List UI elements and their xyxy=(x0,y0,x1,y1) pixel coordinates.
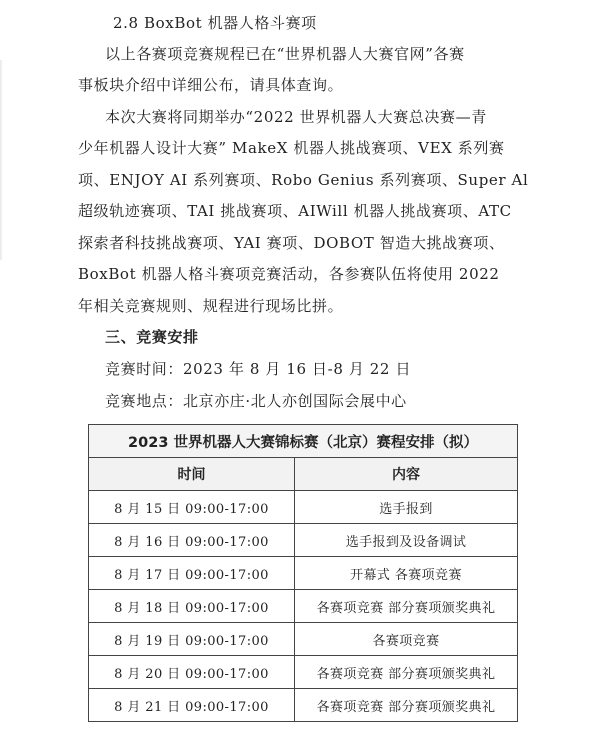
paragraph-line: 年相关竞赛规则、规程进行现场比拼。 xyxy=(78,296,343,316)
cell-time: 8 月 15 日 09:00-17:00 xyxy=(89,491,295,524)
paragraph-line: 少年机器人设计大赛” MakeX 机器人挑战赛项、VEX 系列赛 xyxy=(78,138,505,158)
table-header-row: 时间 内容 xyxy=(89,458,518,491)
cell-content: 各赛项竞赛 部分赛项颁奖典礼 xyxy=(295,689,518,722)
cell-content: 选手报到 xyxy=(295,491,518,524)
table-row: 8 月 17 日 09:00-17:00 开幕式 各赛项竞赛 xyxy=(89,557,518,590)
cell-time: 8 月 19 日 09:00-17:00 xyxy=(89,623,295,656)
subsection-item: 2.8 BoxBot 机器人格斗赛项 xyxy=(113,13,317,33)
section-heading: 三、竞赛安排 xyxy=(105,327,199,347)
table-row: 8 月 15 日 09:00-17:00 选手报到 xyxy=(89,491,518,524)
header-content: 内容 xyxy=(295,458,518,491)
paragraph-line: 本次大赛将同期举办“2022 世界机器人大赛总决赛—青 xyxy=(105,107,487,127)
competition-venue: 竞赛地点：北京亦庄·北人亦创国际会展中心 xyxy=(105,391,407,411)
cell-time: 8 月 18 日 09:00-17:00 xyxy=(89,590,295,623)
paragraph-line: 探索者科技挑战赛项、YAI 赛项、DOBOT 智造大挑战赛项、 xyxy=(78,233,505,253)
table-title: 2023 世界机器人大赛锦标赛（北京）赛程安排（拟） xyxy=(89,425,518,458)
table-row: 8 月 16 日 09:00-17:00 选手报到及设备调试 xyxy=(89,524,518,557)
cell-content: 开幕式 各赛项竞赛 xyxy=(295,557,518,590)
table-row: 8 月 18 日 09:00-17:00 各赛项竞赛 部分赛项颁奖典礼 xyxy=(89,590,518,623)
cell-content: 各赛项竞赛 xyxy=(295,623,518,656)
table-title-row: 2023 世界机器人大赛锦标赛（北京）赛程安排（拟） xyxy=(89,425,518,458)
table-row: 8 月 21 日 09:00-17:00 各赛项竞赛 部分赛项颁奖典礼 xyxy=(89,689,518,722)
cell-content: 各赛项竞赛 部分赛项颁奖典礼 xyxy=(295,656,518,689)
cell-time: 8 月 17 日 09:00-17:00 xyxy=(89,557,295,590)
cell-content: 选手报到及设备调试 xyxy=(295,524,518,557)
cell-time: 8 月 21 日 09:00-17:00 xyxy=(89,689,295,722)
table-row: 8 月 20 日 09:00-17:00 各赛项竞赛 部分赛项颁奖典礼 xyxy=(89,656,518,689)
header-time: 时间 xyxy=(89,458,295,491)
cell-time: 8 月 20 日 09:00-17:00 xyxy=(89,656,295,689)
paragraph-line: 事板块介绍中详细公布，请具体查询。 xyxy=(78,75,343,95)
competition-time: 竞赛时间：2023 年 8 月 16 日-8 月 22 日 xyxy=(105,359,411,379)
cell-content: 各赛项竞赛 部分赛项颁奖典礼 xyxy=(295,590,518,623)
page-edge-shadow xyxy=(0,60,3,260)
paragraph-line: BoxBot 机器人格斗赛项竞赛活动，各参赛队伍将使用 2022 xyxy=(78,264,500,284)
paragraph-line: 超级轨迹赛项、TAI 挑战赛项、AIWill 机器人挑战赛项、ATC xyxy=(78,201,512,221)
cell-time: 8 月 16 日 09:00-17:00 xyxy=(89,524,295,557)
schedule-table: 2023 世界机器人大赛锦标赛（北京）赛程安排（拟） 时间 内容 8 月 15 … xyxy=(88,424,518,722)
paragraph-line: 以上各赛项竞赛规程已在“世界机器人大赛官网”各赛 xyxy=(105,44,465,64)
table-row: 8 月 19 日 09:00-17:00 各赛项竞赛 xyxy=(89,623,518,656)
paragraph-line: 项、ENJOY AI 系列赛项、Robo Genius 系列赛项、Super A… xyxy=(78,170,528,190)
